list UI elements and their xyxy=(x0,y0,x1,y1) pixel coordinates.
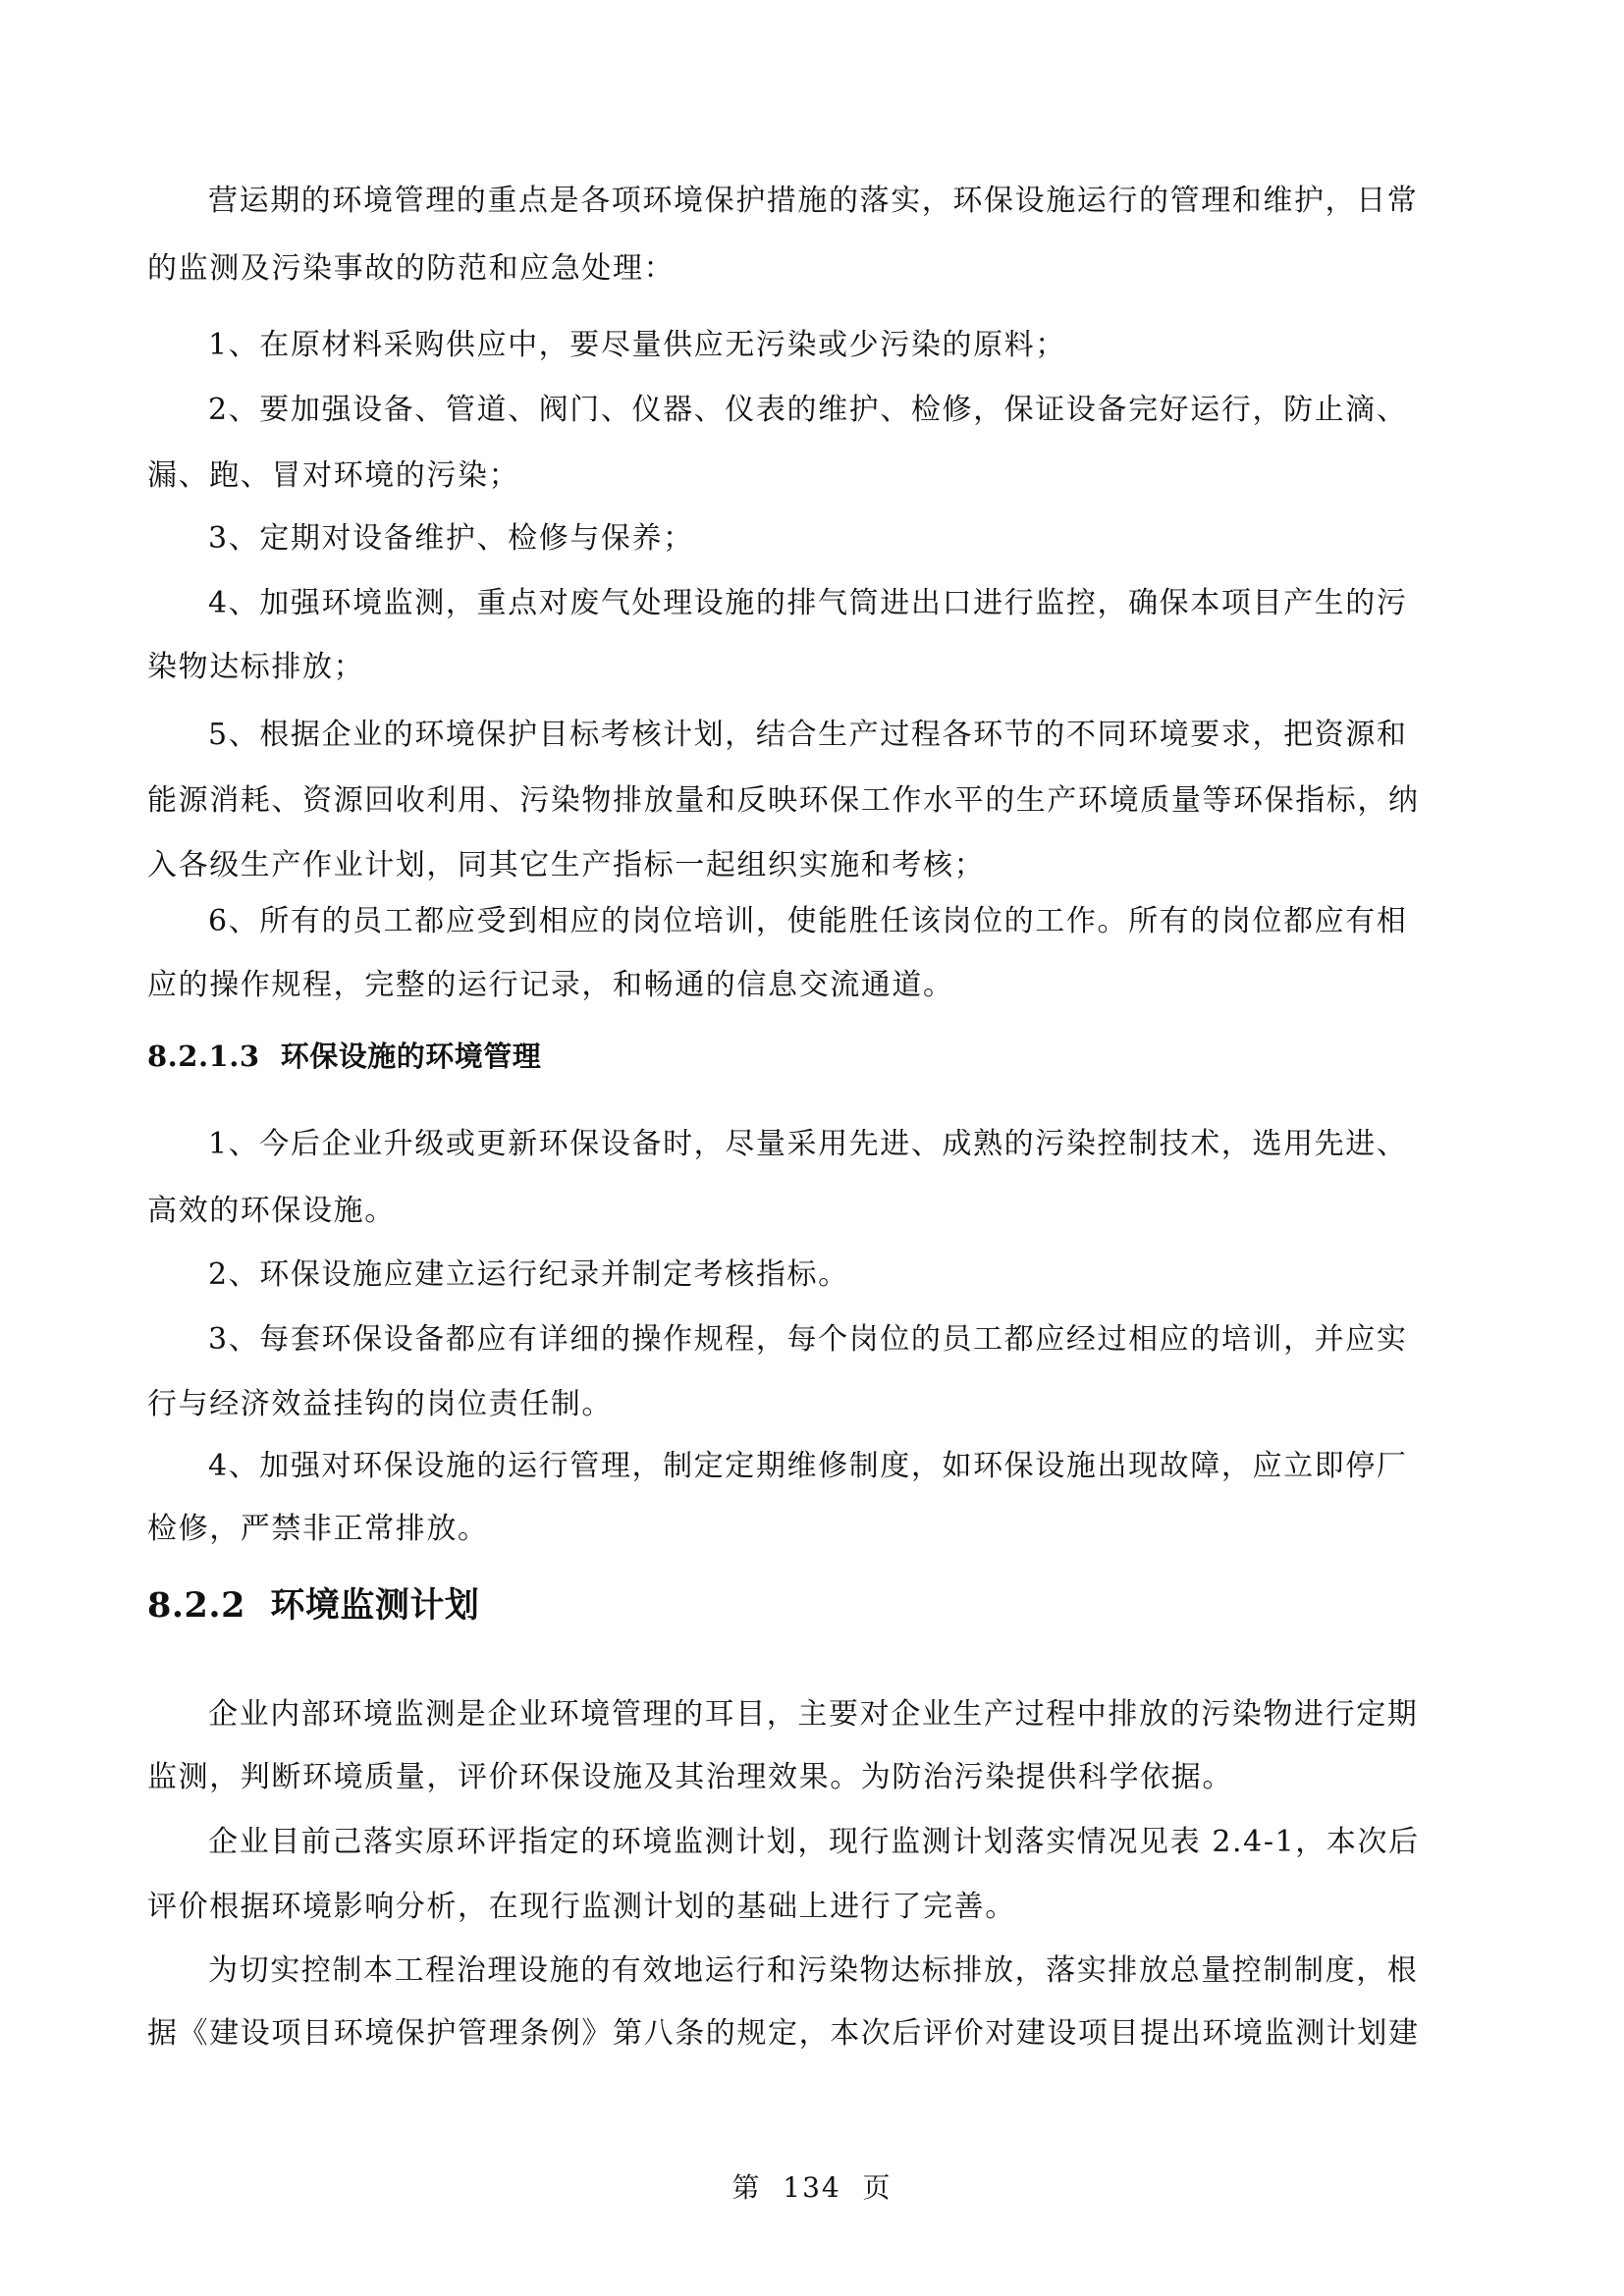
paragraph-line: 企业内部环境监测是企业环境管理的耳目，主要对企业生产过程中排放的污染物进行定期 xyxy=(208,1695,1485,1735)
list-item-2-cont: 漏、跑、冒对环境的污染； xyxy=(147,456,1485,496)
page-number: 第 134 页 xyxy=(0,2169,1624,2207)
section-title: 环保设施的环境管理 xyxy=(281,1040,542,1073)
list-item-5: 5、根据企业的环境保护目标考核计划，结合生产过程各环节的不同环境要求，把资源和 xyxy=(208,716,1485,755)
list-item-1: 1、在原材料采购供应中，要尽量供应无污染或少污染的原料； xyxy=(208,326,1485,365)
list-item-5-cont: 入各级生产作业计划，同其它生产指标一起组织实施和考核； xyxy=(147,846,1485,885)
paragraph-line: 据《建设项目环境保护管理条例》第八条的规定，本次后评价对建设项目提出环境监测计划… xyxy=(147,2014,1485,2054)
list-item-3: 3、每套环保设备都应有详细的操作规程，每个岗位的员工都应经过相应的培训，并应实 xyxy=(208,1320,1485,1360)
section-heading-822: 8.2.2 环境监测计划 xyxy=(147,1583,479,1629)
section-heading-8213: 8.2.1.3 环保设施的环境管理 xyxy=(147,1037,541,1076)
list-item-4: 4、加强对环保设施的运行管理，制定定期维修制度，如环保设施出现故障，应立即停厂 xyxy=(208,1447,1485,1486)
list-item-4: 4、加强环境监测，重点对废气处理设施的排气筒进出口进行监控，确保本项目产生的污 xyxy=(208,584,1485,623)
list-item-2: 2、环保设施应建立运行纪录并制定考核指标。 xyxy=(208,1255,1485,1295)
list-item-6-cont: 应的操作规程，完整的运行记录，和畅通的信息交流通道。 xyxy=(147,966,1485,1005)
list-item-3: 3、定期对设备维护、检修与保养； xyxy=(208,519,1485,559)
paragraph-line: 监测，判断环境质量，评价环保设施及其治理效果。为防治污染提供科学依据。 xyxy=(147,1758,1485,1797)
list-item-3-cont: 行与经济效益挂钩的岗位责任制。 xyxy=(147,1385,1485,1424)
paragraph-line: 为切实控制本工程治理设施的有效地运行和污染物达标排放，落实排放总量控制制度，根 xyxy=(208,1951,1485,1991)
list-item-6: 6、所有的员工都应受到相应的岗位培训，使能胜任该岗位的工作。所有的岗位都应有相 xyxy=(208,902,1485,941)
section-number: 8.2.2 xyxy=(147,1585,245,1626)
list-item-5-cont: 能源消耗、资源回收利用、污染物排放量和反映环保工作水平的生产环境质量等环保指标，… xyxy=(147,781,1485,821)
section-title: 环境监测计划 xyxy=(270,1585,479,1626)
list-item-4-cont: 染物达标排放； xyxy=(147,648,1485,687)
paragraph-intro-line: 的监测及污染事故的防范和应急处理： xyxy=(147,249,1485,289)
section-number: 8.2.1.3 xyxy=(147,1040,260,1073)
list-item-2: 2、要加强设备、管道、阀门、仪器、仪表的维护、检修，保证设备完好运行，防止滴、 xyxy=(208,391,1485,430)
paragraph-line: 评价根据环境影响分析，在现行监测计划的基础上进行了完善。 xyxy=(147,1888,1485,1927)
list-item-1-cont: 高效的环保设施。 xyxy=(147,1192,1485,1231)
paragraph-line: 企业目前己落实原环评指定的环境监测计划，现行监测计划落实情况见表 2.4-1，本… xyxy=(208,1823,1485,1862)
list-item-4-cont: 检修，严禁非正常排放。 xyxy=(147,1510,1485,1549)
paragraph-intro-line: 营运期的环境管理的重点是各项环境保护措施的落实，环保设施运行的管理和维护，日常 xyxy=(208,182,1485,221)
list-item-1: 1、今后企业升级或更新环保设备时，尽量采用先进、成熟的污染控制技术，选用先进、 xyxy=(208,1125,1485,1164)
